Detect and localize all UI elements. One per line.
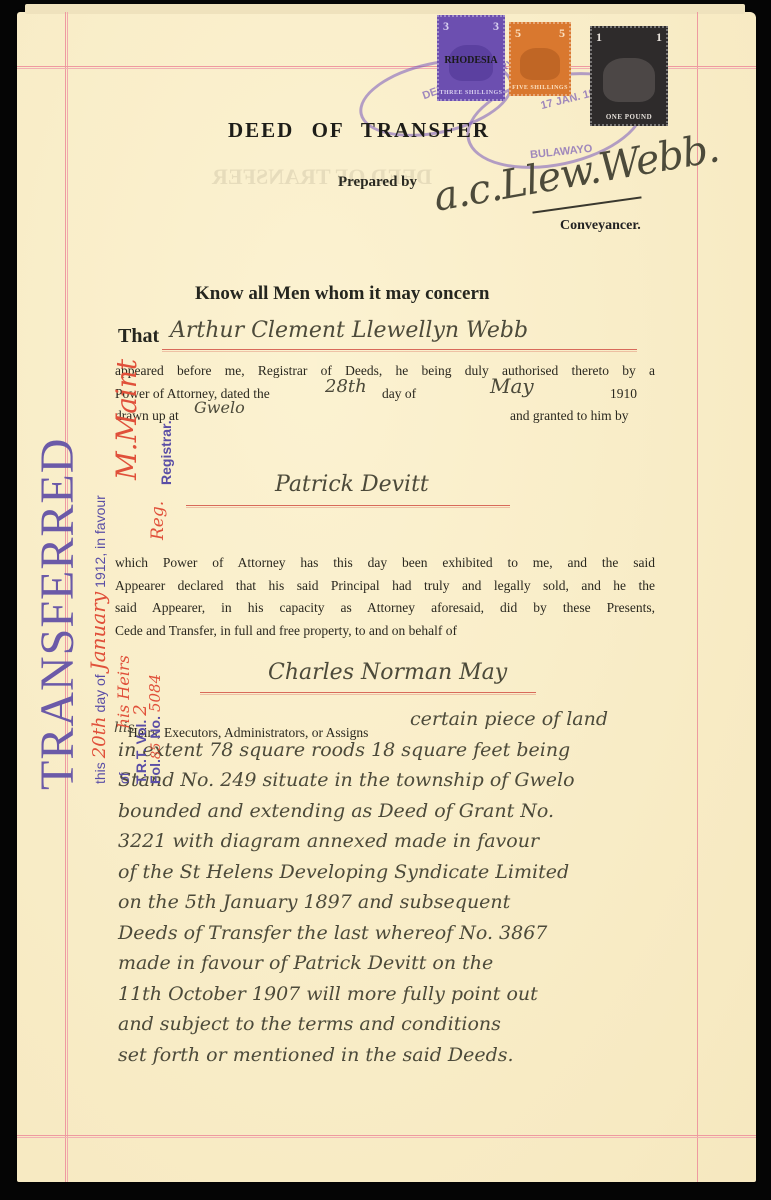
principal-name-line bbox=[186, 505, 510, 506]
body-line-2-mid: day of bbox=[382, 383, 416, 406]
margin-line-1: this 20th day of January 1912, in favour bbox=[86, 495, 110, 784]
transferee-name: Charles Norman May bbox=[268, 660, 507, 685]
prepared-by-label: Prepared by bbox=[338, 174, 417, 191]
body-line-1: appeared before me, Registrar of Deeds, … bbox=[115, 360, 655, 383]
registrar-label: Registrar. bbox=[158, 420, 174, 485]
appearer-name: Arthur Clement Llewellyn Webb bbox=[170, 318, 528, 343]
bottom-margin-rule bbox=[17, 1135, 756, 1136]
coat-of-arms-icon bbox=[520, 48, 561, 80]
registrar-signature: M.Maint bbox=[110, 359, 143, 480]
coat-of-arms-icon bbox=[603, 58, 655, 101]
property-description: certain piece of land in extent 78 squar… bbox=[118, 704, 698, 1070]
body-line-3-suffix: and granted to him by bbox=[510, 405, 628, 428]
revenue-stamp-5s: 55 FIVE SHILLINGS bbox=[509, 22, 571, 96]
stamp-overprint: RHODESIA bbox=[444, 55, 497, 66]
appearer-name-line bbox=[162, 349, 637, 350]
paper-fold bbox=[25, 4, 745, 14]
margin-line-4: Fol.85 No. 5084 bbox=[146, 674, 165, 784]
transferred-stamp: TRANSFERRED bbox=[30, 438, 85, 790]
poa-day: 28th bbox=[325, 376, 367, 397]
that-label: That bbox=[118, 325, 159, 348]
transferee-name-line bbox=[200, 692, 536, 693]
revenue-stamp-3s: 33 RHODESIA THREE SHILLINGS bbox=[437, 15, 505, 101]
body-paragraph-2: which Power of Attorney has this day bee… bbox=[115, 552, 655, 642]
poa-month: May bbox=[490, 374, 534, 398]
registrar-prefix: Reg. bbox=[148, 501, 168, 540]
poa-year: 1910 bbox=[610, 383, 637, 406]
document-title: DEED OF TRANSFER bbox=[228, 118, 490, 143]
deed-heading: Know all Men whom it may concern bbox=[195, 283, 489, 305]
poa-place: Gwelo bbox=[194, 398, 245, 417]
conveyancer-label: Conveyancer. bbox=[560, 218, 641, 234]
principal-name: Patrick Devitt bbox=[275, 472, 429, 497]
revenue-stamp-1-pound: 11 ONE POUND bbox=[590, 26, 668, 126]
